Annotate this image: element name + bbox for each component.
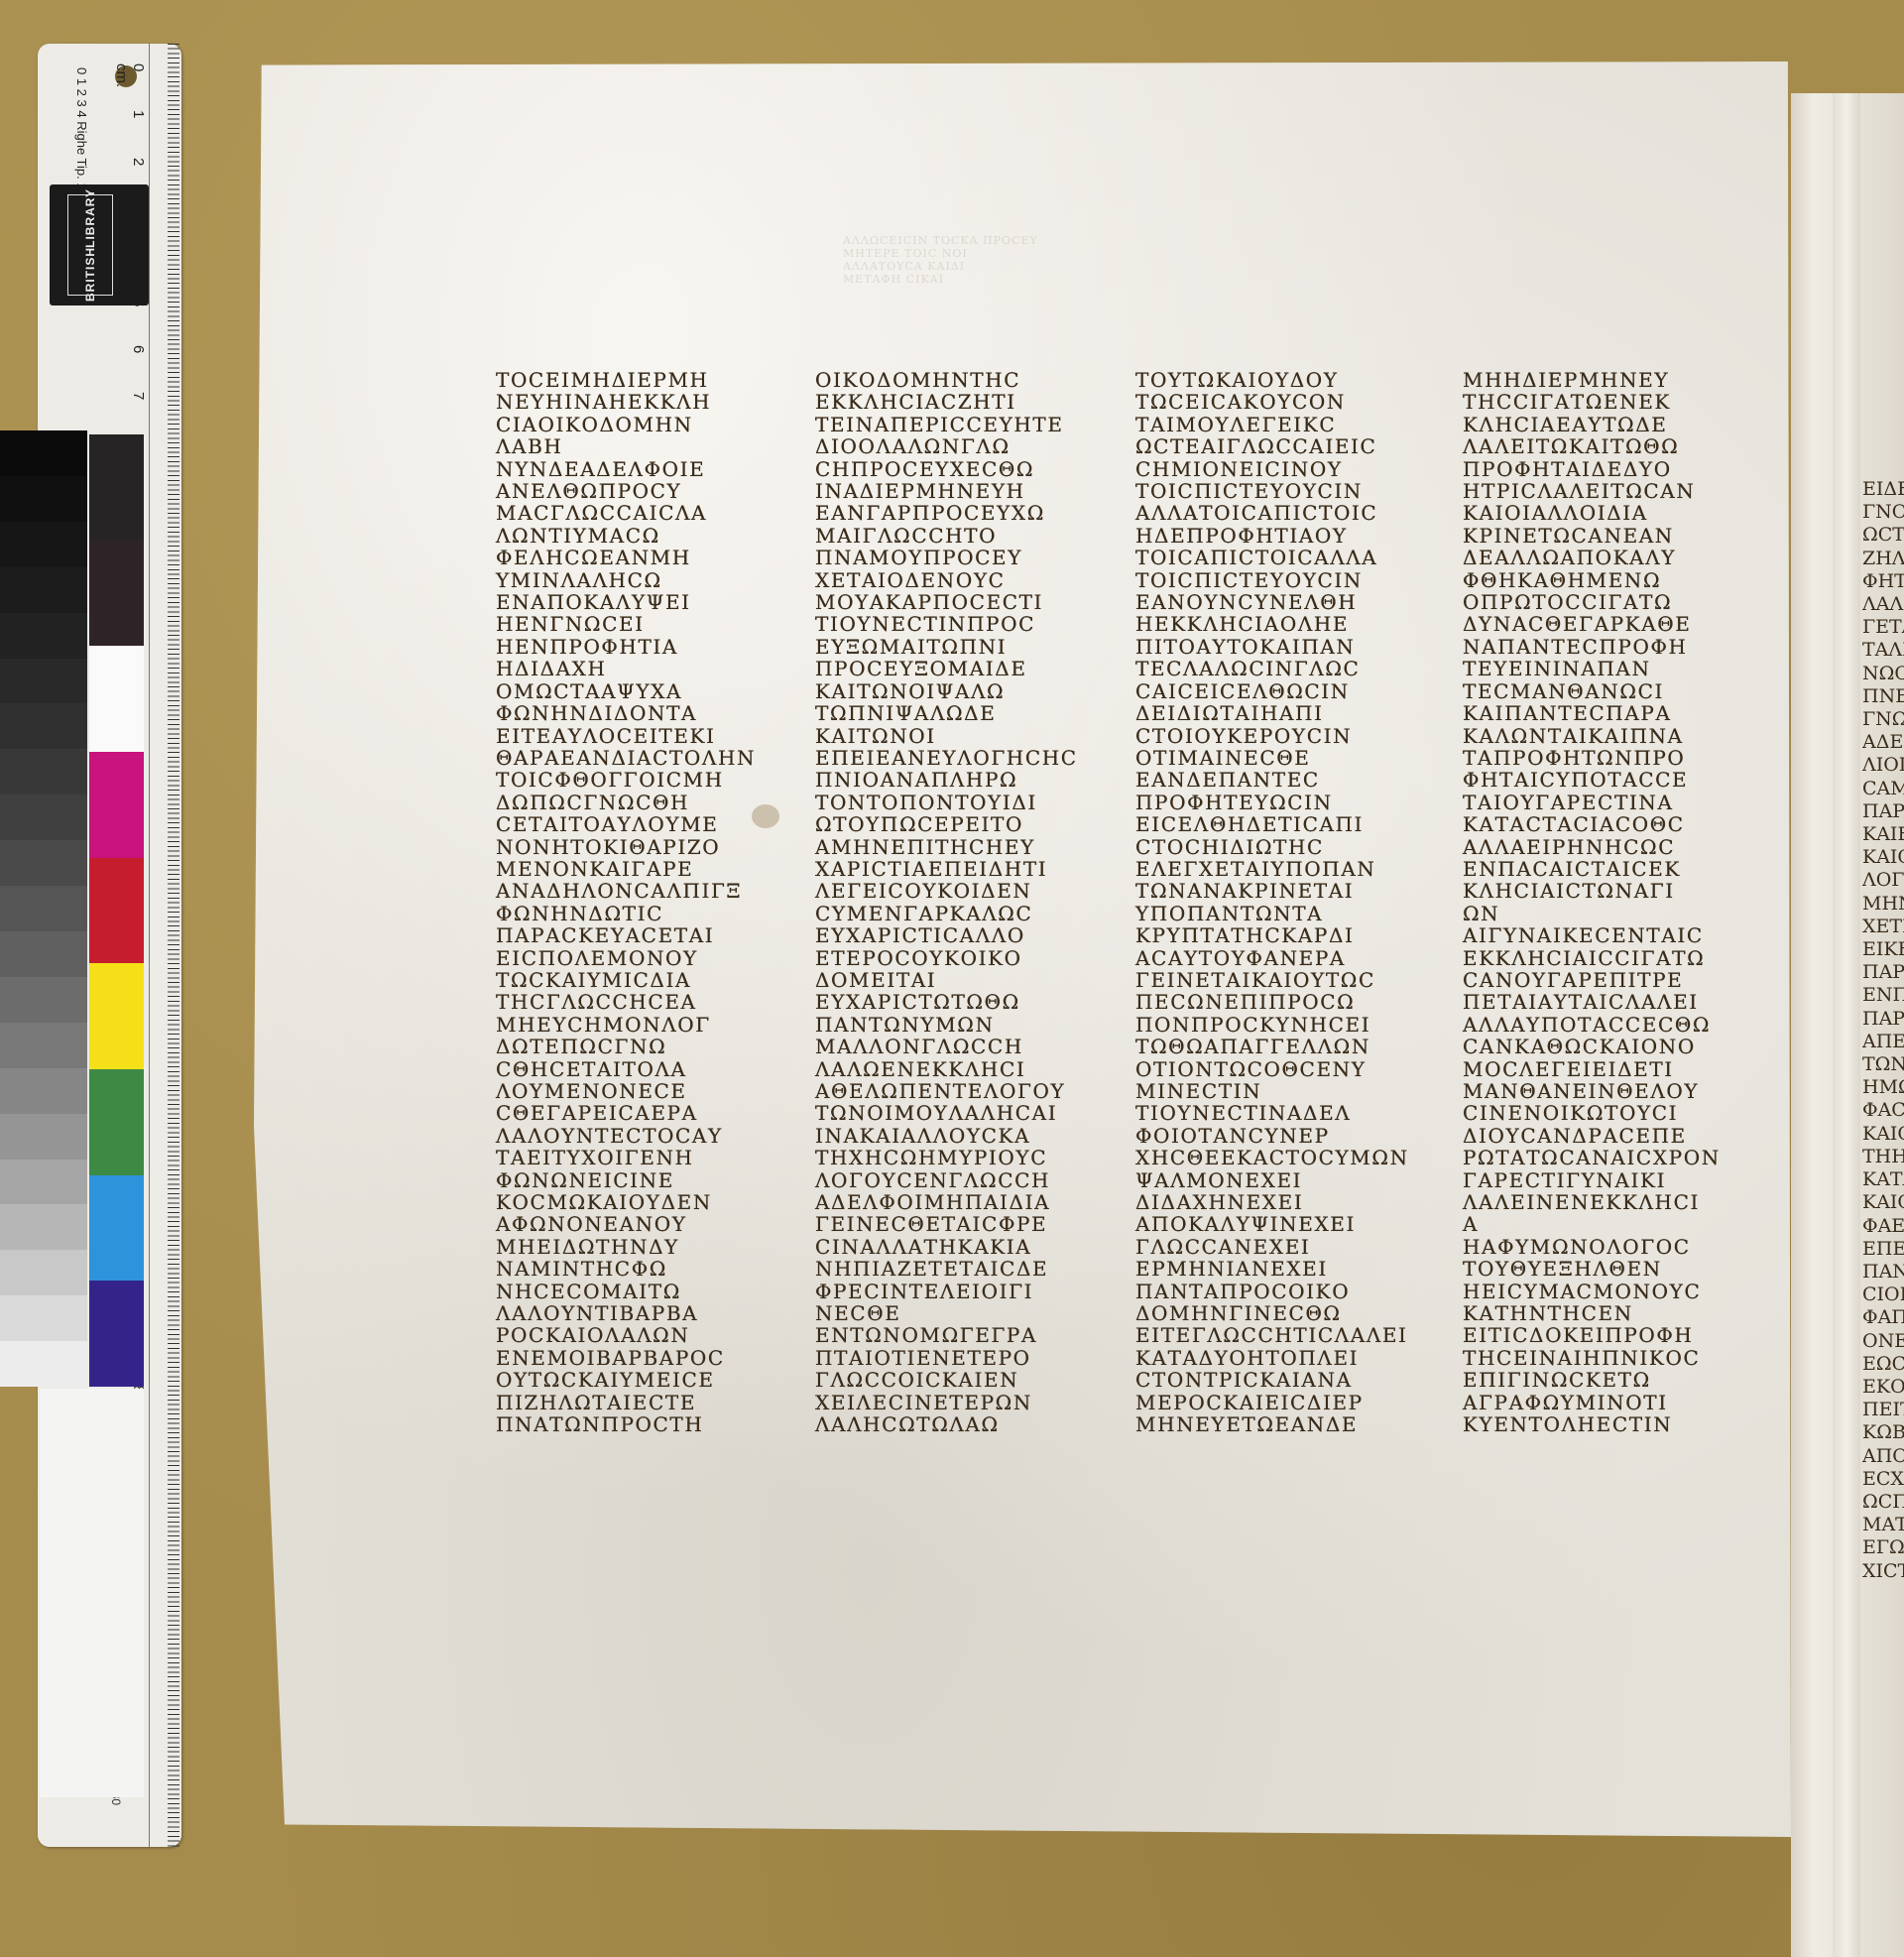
manuscript-line: ΠΑΝΤΩΝΥΜΩΝ [815, 1014, 1078, 1036]
manuscript-line: ΜΕΝΟΝΚΑΙΓΑΡΕ [496, 858, 756, 880]
manuscript-line: ΤΟΝΤΟΠΟΝΤΟΥΙΔΙ [815, 792, 1078, 813]
color-patch-yellow [89, 963, 144, 1069]
manuscript-line: ΑΜΗΝΕΠΙΤΗϹΗΕΥ [815, 836, 1078, 858]
manuscript-line: ΕΑΝΔΕΠΑΝΤΕϹ [1135, 769, 1409, 791]
manuscript-line: ΚΑΙΠΑΝΤΕϹΠΑΡΑ [1463, 702, 1721, 724]
adjacent-leaf-line: ΝΩϹ [1862, 663, 1904, 685]
manuscript-line: ΤΙΟΥΝΕϹΤΙΝΑΔΕΛ [1135, 1102, 1409, 1124]
manuscript-line: ΛΟΓΟΥϹΕΝΓΛΩϹϹΗ [815, 1169, 1078, 1191]
manuscript-line: ΛΩΝΤΙΥΜΑϹΩ [496, 525, 756, 547]
gray-step [0, 613, 87, 659]
adjacent-leaf-line: ΗΜΩ [1862, 1076, 1904, 1099]
manuscript-line: ΓΕΙΝΕϹΘΕΤΑΙϹΦΡΕ [815, 1213, 1078, 1235]
text-column-2: ΟΙΚΟΔΟΜΗΝΤΗϹΕΚΚΛΗϹΙΑϹΖΗΤΙΤΕΙΝΑΠΕΡΙϹϹΕΥΗΤ… [815, 369, 1078, 1436]
manuscript-line: ΩϹΤΕΑΙΓΛΩϹϹΑΙΕΙϹ [1135, 435, 1409, 457]
gray-step [0, 522, 87, 567]
adjacent-leaf-line: ΕΝΠ [1862, 984, 1904, 1007]
ruler-cm-label: 0 cm. [113, 63, 147, 98]
manuscript-line: ΝΟΝΗΤΟΚΙΘΑΡΙΖΟ [496, 836, 756, 858]
manuscript-line: ΩΝ [1463, 903, 1721, 924]
manuscript-line: ΚΑΤΑϹΤΑϹΙΑϹΟΘϹ [1463, 813, 1721, 835]
ruler-cm-label: 1 [130, 110, 147, 118]
manuscript-line: ΦΡΕϹΙΝΤΕΛΕΙΟΙΓΙ [815, 1281, 1078, 1302]
gray-step [0, 703, 87, 749]
gray-step [0, 1023, 87, 1068]
adjacent-leaf-text: ΕΙΔΕΓΝΟΩϹΤΕΖΗΛΟΦΗΤΕΛΑΛΕΓΕΤΑΤΑΛΕΝΩϹΠΝΕΓΝΩ… [1862, 478, 1904, 1583]
manuscript-line: ΤΟΙϹΠΙϹΤΕΥΟΥϹΙΝ [1135, 480, 1409, 502]
manuscript-line: ΛΕΓΕΙϹΟΥΚΟΙΔΕΝ [815, 880, 1078, 902]
gray-step [0, 795, 87, 840]
gray-step [0, 931, 87, 977]
gray-step [0, 1250, 87, 1295]
manuscript-line: ΤΕϹΛΑΛΩϹΙΝΓΛΩϹ [1135, 658, 1409, 679]
adjacent-leaf-line: ΕΠΕΙ [1862, 1238, 1904, 1261]
manuscript-line: ΗΔΕΠΡΟΦΗΤΙΑΟΥ [1135, 525, 1409, 547]
manuscript-line: ΔΕΑΛΛΩΑΠΟΚΑΛΥ [1463, 547, 1721, 568]
adjacent-leaf-line: ΓΝΩ [1862, 708, 1904, 731]
adjacent-leaf-line: ΚΑΙΟ [1862, 1123, 1904, 1146]
manuscript-line: ΡΟϹΚΑΙΟΛΑΛΩΝ [496, 1324, 756, 1346]
adjacent-leaf-line: ΩϹΤΕ [1862, 524, 1904, 547]
ruler-cm-label: 7 [130, 392, 147, 400]
manuscript-line: ΠΤΑΙΟΤΙΕΝΕΤΕΡΟ [815, 1347, 1078, 1369]
manuscript-line: ΠΑΝΤΑΠΡΟϹΟΙΚΟ [1135, 1281, 1409, 1302]
manuscript-line: ΑΔΕΛΦΟΙΜΗΠΑΙΔΙΑ [815, 1191, 1078, 1213]
adjacent-leaf-line: ΩϹΠΕ [1862, 1491, 1904, 1514]
manuscript-line: ΤΑΕΙΤΥΧΟΙΓΕΝΗ [496, 1147, 756, 1168]
manuscript-line: ΠΟΝΠΡΟϹΚΥΝΗϹΕΙ [1135, 1014, 1409, 1036]
manuscript-line: ΚΛΗϹΙΑΕΑΥΤΩΔΕ [1463, 414, 1721, 435]
manuscript-line: ΛΑΛΟΥΝΤΕϹΤΟϹΑΥ [496, 1125, 756, 1147]
adjacent-leaf-line: ΛΟΓΩ [1862, 869, 1904, 892]
adjacent-leaf-line: ΑΔΕ [1862, 731, 1904, 754]
manuscript-line: ΚΥΕΝΤΟΛΗΕϹΤΙΝ [1463, 1413, 1721, 1435]
manuscript-line: ΤΩϹΕΙϹΑΚΟΥϹΟΝ [1135, 391, 1409, 413]
color-patch-dark-brown [89, 541, 144, 647]
adjacent-leaf-line: ΚΑΤΑ [1862, 1168, 1904, 1191]
binding-fold [1833, 93, 1860, 1957]
manuscript-line: ΝΑΠΑΝΤΕϹΠΡΟΦΗ [1463, 636, 1721, 658]
adjacent-leaf-line: ΠΑΝϹ [1862, 1261, 1904, 1284]
manuscript-line: ΤΕΙΝΑΠΕΡΙϹϹΕΥΗΤΕ [815, 414, 1078, 435]
manuscript-line: ΔΕΙΔΙΩΤΑΙΗΑΠΙ [1135, 702, 1409, 724]
manuscript-line: ΜΑΛΛΟΝΓΛΩϹϹΗ [815, 1036, 1078, 1057]
adjacent-leaf-line: ΤΩΝ [1862, 1053, 1904, 1076]
manuscript-line: ΑΦΩΝΟΝΕΑΝΟΥ [496, 1213, 756, 1235]
show-through-text: ΑΛΛΩϹΕΙϹΙΝ ΤΟϹΚΑ ΠΡΟϹΕΥΜΗΤΕΡΕ ΤΟΙϹ ΝΟΙΑΛ… [843, 234, 1140, 286]
manuscript-line: ΚΟϹΜΩΚΑΙΟΥΔΕΝ [496, 1191, 756, 1213]
manuscript-line: ΑΠΟΚΑΛΥΨΙΝΕΧΕΙ [1135, 1213, 1409, 1235]
grayscale-calibration-strip [0, 430, 87, 1387]
adjacent-leaf-line: ΦΑΠΑ [1862, 1306, 1904, 1329]
manuscript-line: ΗΕΙϹΥΜΑϹΜΟΝΟΥϹ [1463, 1281, 1721, 1302]
ruler-small-scale-label: 0 1 2 3 4 Righe Tip. 1 [42, 67, 89, 196]
adjacent-leaf-line: ΠΝΕ [1862, 685, 1904, 708]
manuscript-line: ΜΗΕΙΔΩΤΗΝΔΥ [496, 1236, 756, 1258]
manuscript-line: ΤΟϹΕΙΜΗΔΙΕΡΜΗ [496, 369, 756, 391]
color-patch-black [89, 434, 144, 541]
gray-step [0, 1295, 87, 1341]
manuscript-line: ΚΑΤΗΝΤΗϹΕΝ [1463, 1302, 1721, 1324]
adjacent-leaf-line: ΚΑΙϹ [1862, 846, 1904, 869]
manuscript-line: ΚΑΙΤΩΝΟΙΨΑΛΩ [815, 680, 1078, 702]
adjacent-leaf-line: ΧΕΤΕ [1862, 916, 1904, 938]
manuscript-line: ΛΑΛΩΕΝΕΚΚΛΗϹΙ [815, 1058, 1078, 1080]
adjacent-leaf-line: ΛΑΛΕ [1862, 593, 1904, 616]
manuscript-line: ΕΙϹΕΛΘΗΔΕΤΙϹΑΠΙ [1135, 813, 1409, 835]
manuscript-line: ΕΝΕΜΟΙΒΑΡΒΑΡΟϹ [496, 1347, 756, 1369]
adjacent-leaf-line: ΜΗΝ [1862, 893, 1904, 916]
adjacent-leaf-line: ΤΑΛΕ [1862, 639, 1904, 662]
color-patch-white [89, 646, 144, 752]
manuscript-line: ϹΗΠΡΟϹΕΥΧΕϹΘΩ [815, 458, 1078, 480]
manuscript-line: ΦΕΛΗϹΩΕΑΝΜΗ [496, 547, 756, 568]
adjacent-leaf-line: ΕϹΧΑΤΟ [1862, 1468, 1904, 1491]
manuscript-line: ΗΑΦΥΜΩΝΟΛΟΓΟϹ [1463, 1236, 1721, 1258]
adjacent-leaf-line: ΚΑΙΕ [1862, 823, 1904, 846]
manuscript-line: ΠΕΤΑΙΑΥΤΑΙϹΛΑΛΕΙ [1463, 991, 1721, 1013]
manuscript-line: ΦΩΝΗΝΔΙΔΟΝΤΑ [496, 702, 756, 724]
ruler-guide-line [149, 44, 150, 1847]
manuscript-line: ΤΩΠΝΙΨΑΛΩΔΕ [815, 702, 1078, 724]
manuscript-line: ΠΑΡΑϹΚΕΥΑϹΕΤΑΙ [496, 924, 756, 946]
manuscript-line: ΓΕΙΝΕΤΑΙΚΑΙΟΥΤΩϹ [1135, 969, 1409, 991]
manuscript-line: ΜΑΙΓΛΩϹϹΗΤΟ [815, 525, 1078, 547]
manuscript-line: ΑΘΕΛΩΠΕΝΤΕΛΟΓΟΥ [815, 1080, 1078, 1102]
gray-step [0, 749, 87, 795]
manuscript-line: ΚΑΙΤΩΝΟΙ [815, 725, 1078, 747]
manuscript-line: ϹΑΝΚΑΘΩϹΚΑΙΟΝΟ [1463, 1036, 1721, 1057]
color-patch-cyan [89, 1175, 144, 1282]
manuscript-line: ΗΔΙΔΑΧΗ [496, 658, 756, 679]
manuscript-line: ΙΝΑΔΙΕΡΜΗΝΕΥΗ [815, 480, 1078, 502]
manuscript-line: ϹΑΙϹΕΙϹΕΛΘΩϹΙΝ [1135, 680, 1409, 702]
manuscript-line: ΤΟΙϹΦΘΟΓΓΟΙϹΜΗ [496, 769, 756, 791]
manuscript-line: ΑΙΓΥΝΑΙΚΕϹΕΝΤΑΙϹ [1463, 924, 1721, 946]
manuscript-line: ΟΠΡΩΤΟϹϹΙΓΑΤΩ [1463, 591, 1721, 613]
gray-step [0, 1341, 87, 1387]
manuscript-line: ΕΑΝΓΑΡΠΡΟϹΕΥΧΩ [815, 502, 1078, 524]
gray-step [0, 659, 87, 704]
manuscript-line: ΚΑΛΩΝΤΑΙΚΑΙΠΝΑ [1463, 725, 1721, 747]
manuscript-line: ΜΑϹΓΛΩϹϹΑΙϹΛΑ [496, 502, 756, 524]
manuscript-line: ϹΘΕΓΑΡΕΙϹΑΕΡΑ [496, 1102, 756, 1124]
manuscript-line: ΕΙΤΙϹΔΟΚΕΙΠΡΟΦΗ [1463, 1324, 1721, 1346]
manuscript-line: ΜΟΥΑΚΑΡΠΟϹΕϹΤΙ [815, 591, 1078, 613]
gray-step [0, 1068, 87, 1114]
manuscript-line: ΤΕΥΕΙΝΙΝΑΠΑΝ [1463, 658, 1721, 679]
manuscript-line: ΑϹΑΥΤΟΥΦΑΝΕΡΑ [1135, 947, 1409, 969]
manuscript-line: ΜΑΝΘΑΝΕΙΝΘΕΛΟΥ [1463, 1080, 1721, 1102]
color-patch-magenta [89, 752, 144, 858]
adjacent-leaf-line: ΧΙϹΤΟ [1862, 1560, 1904, 1583]
white-calibration-strip [40, 1389, 144, 1797]
manuscript-line: ΜΙΝΕϹΤΙΝ [1135, 1080, 1409, 1102]
manuscript-line: ΕΚΚΛΗϹΙΑϹΖΗΤΙ [815, 391, 1078, 413]
manuscript-line: ϹΥΜΕΝΓΑΡΚΑΛΩϹ [815, 903, 1078, 924]
manuscript-line: ΕΚΚΛΗϹΙΑΙϹϹΙΓΑΤΩ [1463, 947, 1721, 969]
manuscript-line: ΘΑΡΑΕΑΝΔΙΑϹΤΟΛΗΝ [496, 747, 756, 769]
text-column-1: ΤΟϹΕΙΜΗΔΙΕΡΜΗΝΕΥΗΙΝΑΗΕΚΚΛΗϹΙΑΟΙΚΟΔΟΜΗΝΛΑ… [496, 369, 756, 1436]
manuscript-line: ΛΑΛΗϹΩΤΩΛΑΩ [815, 1413, 1078, 1435]
manuscript-line: ΟΥΤΩϹΚΑΙΥΜΕΙϹΕ [496, 1369, 756, 1391]
manuscript-line: ΩΤΟΥΠΩϹΕΡΕΙΤΟ [815, 813, 1078, 835]
adjacent-leaf-line: ΠΕΙΤΑ [1862, 1399, 1904, 1421]
parchment-stain [752, 804, 779, 828]
manuscript-line: ΚΑΙΟΙΑΛΛΟΙΔΙΑ [1463, 502, 1721, 524]
adjacent-leaf-line: ΚΑΙΟ [1862, 1191, 1904, 1214]
manuscript-line: ΠΡΟΦΗΤΕΥΩϹΙΝ [1135, 792, 1409, 813]
adjacent-leaf-line: ΛΙΟΙ [1862, 754, 1904, 777]
manuscript-line: ΥΠΟΠΑΝΤΩΝΤΑ [1135, 903, 1409, 924]
manuscript-line: ΛΑΒΗ [496, 435, 756, 457]
manuscript-line: ΔΩΠΩϹΓΝΩϹΘΗ [496, 792, 756, 813]
adjacent-leaf-line: ΓΝΟ [1862, 501, 1904, 524]
manuscript-line: ϹΘΗϹΕΤΑΙΤΟΛΑ [496, 1058, 756, 1080]
adjacent-leaf-line: ΠΑΡΕ [1862, 800, 1904, 823]
manuscript-line: ϹΤΟϹΗΙΔΙΩΤΗϹ [1135, 836, 1409, 858]
manuscript-line: ΜΗΕΥϹΗΜΟΝΛΟΓ [496, 1014, 756, 1036]
gray-step [0, 977, 87, 1023]
manuscript-line: ΠΝΑΜΟΥΠΡΟϹΕΥ [815, 547, 1078, 568]
manuscript-line: ΠΕϹΩΝΕΠΙΠΡΟϹΩ [1135, 991, 1409, 1013]
manuscript-line: ΗΕΚΚΛΗϹΙΑΟΛΗΕ [1135, 613, 1409, 635]
adjacent-leaf-line: ΕΓΩΓΑ [1862, 1536, 1904, 1559]
adjacent-leaf-line: ΤΗΗΜ [1862, 1146, 1904, 1168]
adjacent-leaf-line: ΟΝΕϹ [1862, 1330, 1904, 1353]
color-patch-green [89, 1069, 144, 1175]
ruler-ticks [160, 44, 179, 1847]
manuscript-line: ΜΗΗΔΙΕΡΜΗΝΕΥ [1463, 369, 1721, 391]
manuscript-line: ΕΤΕΡΟϹΟΥΚΟΙΚΟ [815, 947, 1078, 969]
adjacent-leaf-line: ΦΑϹΚ [1862, 1099, 1904, 1122]
manuscript-line: ΔΟΜΗΝΓΙΝΕϹΘΩ [1135, 1302, 1409, 1324]
manuscript-line: ϹΤΟΙΟΥΚΕΡΟΥϹΙΝ [1135, 725, 1409, 747]
manuscript-line: ΕΝΠΑϹΑΙϹΤΑΙϹΕΚ [1463, 858, 1721, 880]
manuscript-line: ΤΗϹΓΛΩϹϹΗϹΕΑ [496, 991, 756, 1013]
manuscript-line: ΤΑΠΡΟΦΗΤΩΝΠΡΟ [1463, 747, 1721, 769]
manuscript-line: ΑΛΛΑΤΟΙϹΑΠΙϹΤΟΙϹ [1135, 502, 1409, 524]
gray-step [0, 1204, 87, 1250]
manuscript-line: ΗΕΝΠΡΟΦΗΤΙΑ [496, 636, 756, 658]
manuscript-line: ΔΟΜΕΙΤΑΙ [815, 969, 1078, 991]
manuscript-line: ΕΙΤΕΑΥΛΟϹΕΙΤΕΚΙ [496, 725, 756, 747]
manuscript-line: ϹΕΤΑΙΤΟΑΥΛΟΥΜΕ [496, 813, 756, 835]
manuscript-line: ΠΙΤΟΑΥΤΟΚΑΙΠΑΝ [1135, 636, 1409, 658]
manuscript-line: ΕΝΤΩΝΟΜΩΓΕΓΡΑ [815, 1324, 1078, 1346]
manuscript-line: ΑΝΑΔΗΛΟΝϹΑΛΠΙΓΞ [496, 880, 756, 902]
manuscript-line: ΦΗΤΑΙϹΥΠΟΤΑϹϹΕ [1463, 769, 1721, 791]
manuscript-line: ΤΟΙϹΑΠΙϹΤΟΙϹΑΛΛΑ [1135, 547, 1409, 568]
manuscript-line: ϹΙΝΑΛΛΑΤΗΚΑΚΙΑ [815, 1236, 1078, 1258]
manuscript-line: ΤΗϹΕΙΝΑΙΗΠΝΙΚΟϹ [1463, 1347, 1721, 1369]
manuscript-line: ΓΛΩϹϹΑΝΕΧΕΙ [1135, 1236, 1409, 1258]
manuscript-line: ΔΙΟΥϹΑΝΔΡΑϹΕΠΕ [1463, 1125, 1721, 1147]
manuscript-line: ΤΗΧΗϹΩΗΜΥΡΙΟΥϹ [815, 1147, 1078, 1168]
manuscript-line: ϹΑΝΟΥΓΑΡΕΠΙΤΡΕ [1463, 969, 1721, 991]
manuscript-line: ΠΝΙΟΑΝΑΠΛΗΡΩ [815, 769, 1078, 791]
manuscript-line: ΤΙΟΥΝΕϹΤΙΝΠΡΟϹ [815, 613, 1078, 635]
manuscript-line: ΛΑΛΕΙΝΕΝΕΚΚΛΗϹΙ [1463, 1191, 1721, 1213]
manuscript-line: ΤΑΙΜΟΥΛΕΓΕΙΚϹ [1135, 414, 1409, 435]
manuscript-line: ΑΛΛΑΕΙΡΗΝΗϹΩϹ [1463, 836, 1721, 858]
manuscript-line: ΦΘΗΚΑΘΗΜΕΝΩ [1463, 569, 1721, 591]
manuscript-line: ΥΜΙΝΛΑΛΗϹΩ [496, 569, 756, 591]
ruler-cm-label: 2 [130, 158, 147, 166]
manuscript-line: ΕΡΜΗΝΙΑΝΕΧΕΙ [1135, 1258, 1409, 1280]
manuscript-line: ΧΕΤΑΙΟΔΕΝΟΥϹ [815, 569, 1078, 591]
manuscript-line: ΨΑΛΜΟΝΕΧΕΙ [1135, 1169, 1409, 1191]
british-library-tag: LIBRARY BRITISH [50, 184, 149, 306]
manuscript-line: ΤΟΥΘΥΕΞΗΛΘΕΝ [1463, 1258, 1721, 1280]
manuscript-line: ΤΩϹΚΑΙΥΜΙϹΔΙΑ [496, 969, 756, 991]
manuscript-line: ΤΕϹΜΑΝΘΑΝΩϹΙ [1463, 680, 1721, 702]
adjacent-leaf-line: ΕΩϹΑ [1862, 1353, 1904, 1376]
manuscript-line: ΕΝΑΠΟΚΑΛΥΨΕΙ [496, 591, 756, 613]
manuscript-line: ΠΝΑΤΩΝΠΡΟϹΤΗ [496, 1413, 756, 1435]
manuscript-line: ΤΟΙϹΠΙϹΤΕΥΟΥϹΙΝ [1135, 569, 1409, 591]
manuscript-line: ΑΓΡΑΦΩΥΜΙΝΟΤΙ [1463, 1392, 1721, 1413]
text-column-3: ΤΟΥΤΩΚΑΙΟΥΔΟΥΤΩϹΕΙϹΑΚΟΥϹΟΝΤΑΙΜΟΥΛΕΓΕΙΚϹΩ… [1135, 369, 1409, 1436]
manuscript-line: ΤΟΥΤΩΚΑΙΟΥΔΟΥ [1135, 369, 1409, 391]
manuscript-line: ΝΗϹΕϹΟΜΑΙΤΩ [496, 1281, 756, 1302]
manuscript-line: ΕΥΧΑΡΙϹΤΙϹΑΛΛΟ [815, 924, 1078, 946]
manuscript-line: ΕΠΙΓΙΝΩϹΚΕΤΩ [1463, 1369, 1721, 1391]
manuscript-line: ΔΥΝΑϹΘΕΓΑΡΚΑΘΕ [1463, 613, 1721, 635]
adjacent-leaf-line: ΠΑΡΕ [1862, 1008, 1904, 1031]
manuscript-line: ϹΙΝΕΝΟΙΚΩΤΟΥϹΙ [1463, 1102, 1721, 1124]
adjacent-leaf-line: ΑΠΟϹΤ [1862, 1445, 1904, 1468]
manuscript-line: ΝΕΥΗΙΝΑΗΕΚΚΛΗ [496, 391, 756, 413]
manuscript-line: ΝΗΠΙΑΖΕΤΕΤΑΙϹΔΕ [815, 1258, 1078, 1280]
gray-step [0, 1160, 87, 1205]
manuscript-line: ΔΩΤΕΠΩϹΓΝΩ [496, 1036, 756, 1057]
manuscript-line: ΕΑΝΟΥΝϹΥΝΕΛΘΗ [1135, 591, 1409, 613]
manuscript-line: ΓΛΩϹϹΟΙϹΚΑΙΕΝ [815, 1369, 1078, 1391]
adjacent-leaf-line: ΕΙΔΕ [1862, 478, 1904, 501]
manuscript-line: ΦΩΝΗΝΔΩΤΙϹ [496, 903, 756, 924]
adjacent-leaf-line: ΕΚΟΙΜ [1862, 1376, 1904, 1399]
manuscript-line: ΤΩΘΩΑΠΑΓΓΕΛΛΩΝ [1135, 1036, 1409, 1057]
adjacent-leaf-line: ΕΙΚΗ [1862, 938, 1904, 961]
manuscript-line: ΚΡΙΝΕΤΩϹΑΝΕΑΝ [1463, 525, 1721, 547]
gray-step [0, 567, 87, 613]
manuscript-line: ΔΙΟΟΛΑΛΩΝΓΛΩ [815, 435, 1078, 457]
adjacent-leaf-line: ΜΑΤΙ [1862, 1514, 1904, 1536]
manuscript-line: ΝΕϹΘΕ [815, 1302, 1078, 1324]
adjacent-leaf-line: ΦΗΤΕ [1862, 570, 1904, 593]
manuscript-line: ΕΙΤΕΓΛΩϹϹΗΤΙϹΛΑΛΕΙ [1135, 1324, 1409, 1346]
manuscript-line: ΟΤΙΜΑΙΝΕϹΘΕ [1135, 747, 1409, 769]
manuscript-line: ΕΛΕΓΧΕΤΑΙΥΠΟΠΑΝ [1135, 858, 1409, 880]
manuscript-line: ΜΕΡΟϹΚΑΙΕΙϹΔΙΕΡ [1135, 1392, 1409, 1413]
manuscript-line: ΑΛΛΑΥΠΟΤΑϹϹΕϹΘΩ [1463, 1014, 1721, 1036]
manuscript-line: ΦΟΙΟΤΑΝϹΥΝΕΡ [1135, 1125, 1409, 1147]
manuscript-line: ΚΑΤΑΔΥΟΗΤΟΠΛΕΙ [1135, 1347, 1409, 1369]
manuscript-line: Α [1463, 1213, 1721, 1235]
gray-step [0, 1114, 87, 1160]
manuscript-line: ΔΙΔΑΧΗΝΕΧΕΙ [1135, 1191, 1409, 1213]
manuscript-line: ΕΥΞΩΜΑΙΤΩΠΝΙ [815, 636, 1078, 658]
manuscript-line: ΙΝΑΚΑΙΑΛΛΟΥϹΚΑ [815, 1125, 1078, 1147]
adjacent-leaf-line: ϹΙΟΙϹ [1862, 1284, 1904, 1306]
gray-step [0, 886, 87, 931]
manuscript-line: ΗΤΡΙϹΛΑΛΕΙΤΩϹΑΝ [1463, 480, 1721, 502]
manuscript-line: ΕΠΕΙΕΑΝΕΥΛΟΓΗϹΗϹ [815, 747, 1078, 769]
manuscript-line: ΡΩΤΑΤΩϹΑΝΑΙϹΧΡΟΝ [1463, 1147, 1721, 1168]
manuscript-line: ΝΥΝΔΕΑΔΕΛΦΟΙΕ [496, 458, 756, 480]
manuscript-line: ϹΤΟΝΤΡΙϹΚΑΙΑΝΑ [1135, 1369, 1409, 1391]
manuscript-line: ΧΕΙΛΕϹΙΝΕΤΕΡΩΝ [815, 1392, 1078, 1413]
manuscript-line: ΟΜΩϹΤΑΑΨΥΧΑ [496, 680, 756, 702]
manuscript-line: ΜΟϹΛΕΓΕΙΕΙΔΕΤΙ [1463, 1058, 1721, 1080]
manuscript-line: ΠΡΟϹΕΥΞΟΜΑΙΔΕ [815, 658, 1078, 679]
color-patch-blue [89, 1281, 144, 1387]
manuscript-line: ΧΑΡΙϹΤΙΑΕΠΕΙΔΗΤΙ [815, 858, 1078, 880]
british-library-tag-line2: BRITISH [83, 247, 97, 302]
manuscript-line: ΕΥΧΑΡΙϹΤΩΤΩΘΩ [815, 991, 1078, 1013]
adjacent-leaf-line: ΠΑΡΕ [1862, 961, 1904, 984]
adjacent-leaf-line: ϹΑΜ [1862, 778, 1904, 800]
manuscript-line: ΛΟΥΜΕΝΟΝΕϹΕ [496, 1080, 756, 1102]
manuscript-line: ΛΑΛΟΥΝΤΙΒΑΡΒΑ [496, 1302, 756, 1324]
manuscript-line: ϹΙΑΟΙΚΟΔΟΜΗΝ [496, 414, 756, 435]
adjacent-leaf-line: ΖΗΛΟ [1862, 548, 1904, 570]
color-calibration-strip [89, 434, 144, 1387]
manuscript-line: ΕΙϹΠΟΛΕΜΟΝΟΥ [496, 947, 756, 969]
adjacent-leaf-line: ΑΠΕϹ [1862, 1031, 1904, 1053]
manuscript-line: ΗΕΝΓΝΩϹΕΙ [496, 613, 756, 635]
text-column-4: ΜΗΗΔΙΕΡΜΗΝΕΥΤΗϹϹΙΓΑΤΩΕΝΕΚΚΛΗϹΙΑΕΑΥΤΩΔΕΛΑ… [1463, 369, 1721, 1436]
manuscript-line: ΓΑΡΕϹΤΙΓΥΝΑΙΚΙ [1463, 1169, 1721, 1191]
manuscript-line: ΟΙΚΟΔΟΜΗΝΤΗϹ [815, 369, 1078, 391]
manuscript-line: ΜΗΝΕΥΕΤΩΕΑΝΔΕ [1135, 1413, 1409, 1435]
british-library-tag-line1: LIBRARY [83, 188, 97, 248]
gray-step [0, 476, 87, 522]
manuscript-line: ΝΑΜΙΝΤΗϹΦΩ [496, 1258, 756, 1280]
adjacent-leaf-line: ΦΑΕΠ [1862, 1215, 1904, 1238]
manuscript-line: ΠΡΟΦΗΤΑΙΔΕΔΥΟ [1463, 458, 1721, 480]
color-patch-red [89, 858, 144, 964]
manuscript-line: ΧΗϹΘΕΕΚΑϹΤΟϹΥΜΩΝ [1135, 1147, 1409, 1168]
ruler-cm-label: 6 [130, 345, 147, 353]
manuscript-line: ΛΑΛΕΙΤΩΚΑΙΤΩΘΩ [1463, 435, 1721, 457]
manuscript-line: ΦΩΝΩΝΕΙϹΙΝΕ [496, 1169, 756, 1191]
adjacent-leaf-line: ΚΩΒΩ [1862, 1421, 1904, 1444]
manuscript-line: ΤΑΙΟΥΓΑΡΕϹΤΙΝΑ [1463, 792, 1721, 813]
manuscript-line: ΟΤΙΟΝΤΩϹΟΘϹΕΝΥ [1135, 1058, 1409, 1080]
adjacent-leaf-line: ΓΕΤΑ [1862, 616, 1904, 639]
manuscript-line: ΠΙΖΗΛΩΤΑΙΕϹΤΕ [496, 1392, 756, 1413]
adjacent-leaf-edge: ΕΙΔΕΓΝΟΩϹΤΕΖΗΛΟΦΗΤΕΛΑΛΕΓΕΤΑΤΑΛΕΝΩϹΠΝΕΓΝΩ… [1791, 93, 1904, 1957]
gray-step [0, 840, 87, 886]
manuscript-line: ΤΩΝΟΙΜΟΥΛΑΛΗϹΑΙ [815, 1102, 1078, 1124]
gray-step [0, 430, 87, 476]
manuscript-line: ϹΗΜΙΟΝΕΙϹΙΝΟΥ [1135, 458, 1409, 480]
manuscript-line: ΚΡΥΠΤΑΤΗϹΚΑΡΔΙ [1135, 924, 1409, 946]
manuscript-line: ΚΛΗϹΙΑΙϹΤΩΝΑΓΙ [1463, 880, 1721, 902]
manuscript-line: ΤΩΝΑΝΑΚΡΙΝΕΤΑΙ [1135, 880, 1409, 902]
manuscript-line: ΑΝΕΛΘΩΠΡΟϹΥ [496, 480, 756, 502]
manuscript-line: ΤΗϹϹΙΓΑΤΩΕΝΕΚ [1463, 391, 1721, 413]
